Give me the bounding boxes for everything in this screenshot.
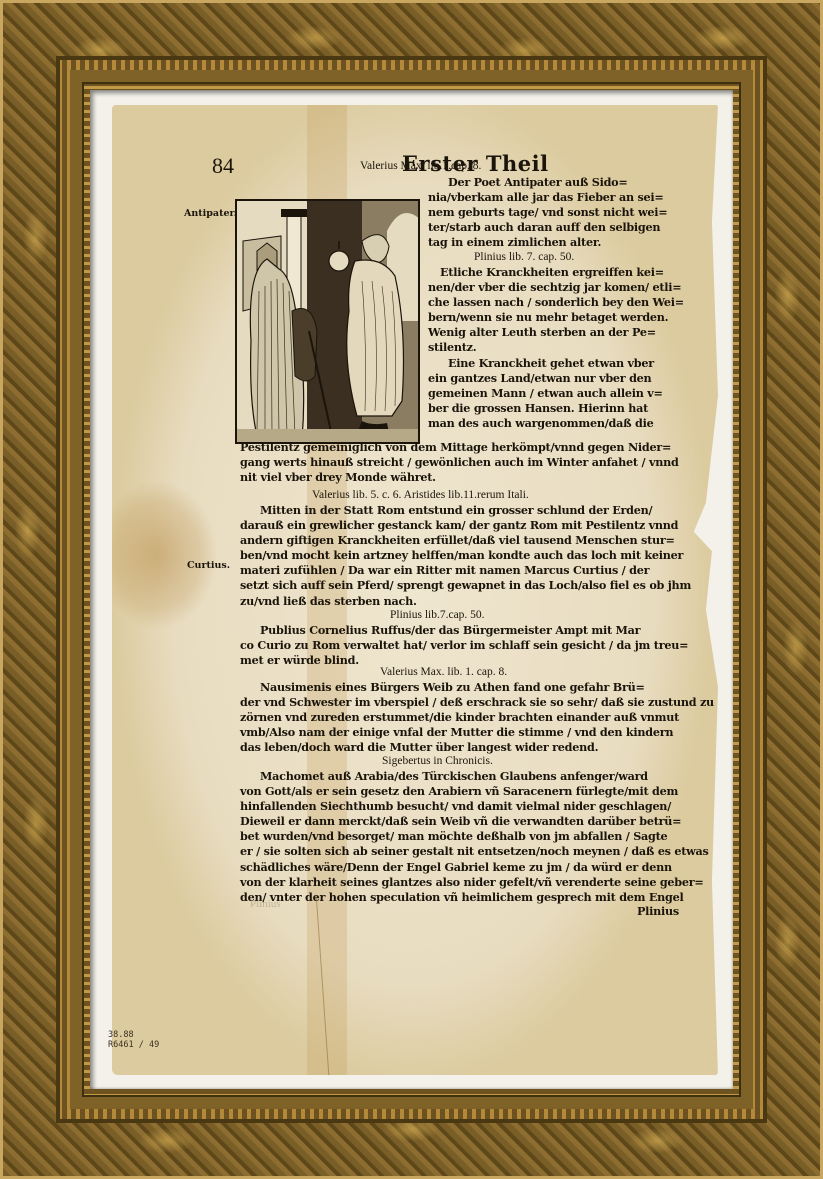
margin-note-antipater: Antipater.: [184, 208, 237, 219]
inventory-ref: R6461 / 49: [108, 1040, 159, 1050]
source-citation: Sigebertus in Chronicis.: [382, 754, 493, 769]
text-line: der vnd Schwester im vberspiel / deß ers…: [240, 695, 714, 710]
text-line: Der Poet Antipater auß Sido=: [428, 175, 667, 190]
text-line: gemeinen Mann / etwan auch allein v=: [428, 386, 684, 401]
text-line: ein gantzes Land/etwan nur vber den: [428, 371, 684, 386]
paper-crease: [316, 895, 333, 1075]
source-citation: Valerius Max. lib.1.cap. 8.: [360, 159, 481, 174]
woodcut-image: [237, 201, 420, 444]
source-citation: Valerius Max. lib. 1. cap. 8.: [380, 665, 507, 680]
text-line: hinfallenden Siechthumb besucht/ vnd dam…: [240, 799, 709, 814]
text-block-machomet: Machomet auß Arabia/des Türckischen Glau…: [240, 769, 709, 905]
text-line: Wenig alter Leuth sterben an der Pe=: [428, 325, 684, 340]
book-page: 84 Erster Theil Valerius Max. lib.1.cap.…: [112, 105, 718, 1075]
text-line: setzt sich auff sein Pferd/ sprengt gewa…: [240, 578, 691, 593]
text-line: bern/wenn sie nu mehr betaget werden.: [428, 310, 684, 325]
text-line: ben/vnd mocht kein artzney helffen/man k…: [240, 548, 691, 563]
text-line: Etliche Kranckheiten ergreiffen kei=: [428, 265, 684, 280]
text-block-curtius: Mitten in der Statt Rom entstund ein gro…: [240, 503, 691, 609]
text-line: Machomet auß Arabia/des Türckischen Glau…: [240, 769, 709, 784]
woodcut-illustration: [235, 199, 420, 444]
inventory-mark: 38.88 R6461 / 49: [108, 1030, 159, 1050]
text-line: schädliches wäre/Denn der Engel Gabriel …: [240, 860, 709, 875]
text-line: von Gott/als er sein gesetz den Arabiern…: [240, 784, 709, 799]
text-line: nem geburts tage/ vnd sonst nicht wei=: [428, 205, 667, 220]
text-line: er / sie solten sich ab seiner gestalt n…: [240, 844, 709, 859]
text-line: che lassen nach / sonderlich bey den Wei…: [428, 295, 684, 310]
text-line: tag in einem zimlichen alter.: [428, 235, 667, 250]
source-citation: Valerius lib. 5. c. 6. Aristides lib.11.…: [312, 488, 529, 503]
inventory-number: 38.88: [108, 1030, 159, 1040]
text-line: Pestilentz gemeiniglich von dem Mittage …: [240, 440, 679, 455]
text-line: Publius Cornelius Ruffus/der das Bürgerm…: [240, 623, 688, 638]
text-block-pestilence: Etliche Kranckheiten ergreiffen kei= nen…: [428, 265, 684, 431]
text-block-antipater: Der Poet Antipater auß Sido= nia/vberkam…: [428, 175, 667, 250]
text-line: Dieweil er dann merckt/daß sein Weib vñ …: [240, 814, 709, 829]
margin-note-curtius: Curtius.: [187, 560, 230, 571]
text-block-pestilence-cont: Pestilentz gemeiniglich von dem Mittage …: [240, 440, 679, 485]
text-line: man des auch wargenommen/daß die: [428, 416, 684, 431]
text-line: vmb/Also nam der einige vnfal der Mutter…: [240, 725, 714, 740]
text-line: co Curio zu Rom verwaltet hat/ verlor im…: [240, 638, 688, 653]
text-line: stilentz.: [428, 340, 684, 355]
text-line: bet wurden/vnd besorget/ man möchte deßh…: [240, 829, 709, 844]
text-block-ruffus: Publius Cornelius Ruffus/der das Bürgerm…: [240, 623, 688, 668]
page-number: 84: [212, 153, 234, 179]
text-line: zu/vnd ließ das sterben nach.: [240, 594, 691, 609]
catchword: Plinius: [637, 904, 679, 919]
text-line: ber die grossen Hansen. Hierinn hat: [428, 401, 684, 416]
source-citation: Plinius lib.7.cap. 50.: [390, 608, 485, 623]
text-line: nia/vberkam alle jar das Fieber an sei=: [428, 190, 667, 205]
text-line: nen/der vber die sechtzig jar komen/ etl…: [428, 280, 684, 295]
text-line: andern giftigen Kranckheiten erfüllet/da…: [240, 533, 691, 548]
text-line: Eine Kranckheit gehet etwan vber: [428, 356, 684, 371]
text-line: nit viel vber drey Monde währet.: [240, 470, 679, 485]
text-line: den/ vnter der hohen speculation vñ heim…: [240, 890, 709, 905]
text-line: gang werts hinauß streicht / gewönlichen…: [240, 455, 679, 470]
text-line: zörnen vnd zureden erstummet/die kinder …: [240, 710, 714, 725]
text-line: ter/starb auch daran auff den selbigen: [428, 220, 667, 235]
text-line: materi zufühlen / Da war ein Ritter mit …: [240, 563, 691, 578]
text-line: Mitten in der Statt Rom entstund ein gro…: [240, 503, 691, 518]
bleed-through-text: Plinius: [250, 898, 281, 910]
text-line: von der klarheit seines glantzes also ni…: [240, 875, 709, 890]
text-block-nausimenis: Nausimenis eines Bürgers Weib zu Athen f…: [240, 680, 714, 755]
text-line: Nausimenis eines Bürgers Weib zu Athen f…: [240, 680, 714, 695]
text-line: darauß ein grewlicher gestanck kam/ der …: [240, 518, 691, 533]
source-citation: Plinius lib. 7. cap. 50.: [474, 250, 574, 265]
